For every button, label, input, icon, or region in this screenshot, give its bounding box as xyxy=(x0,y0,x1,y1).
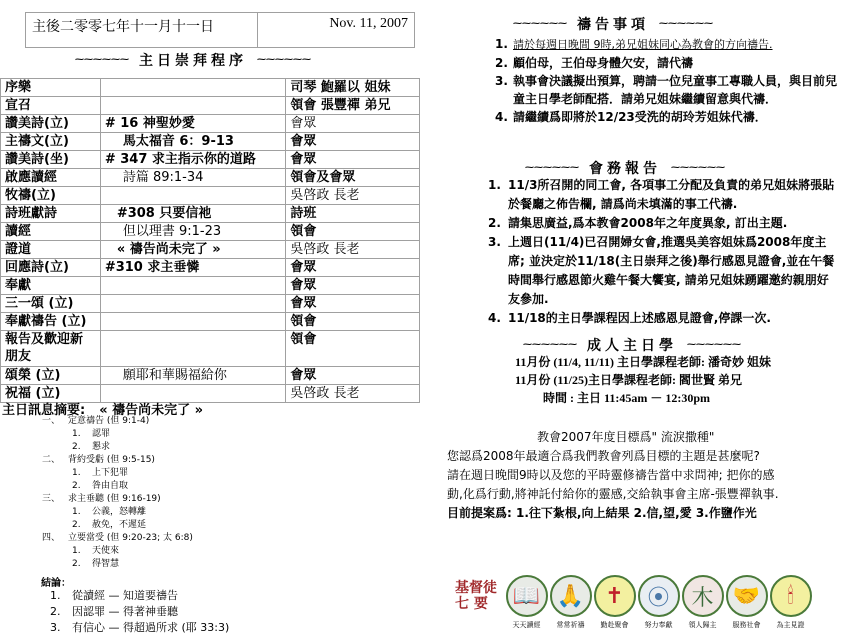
evangelism-icon: 木 xyxy=(682,575,724,617)
row-content xyxy=(100,331,286,367)
point-text: 定意禱告 (但 9:1-4) xyxy=(68,415,149,428)
outline-subpoint: 2.赦免，不遲延 xyxy=(0,519,300,532)
item-number: 2. xyxy=(488,214,501,233)
sub-number: 2. xyxy=(72,441,81,454)
row-leader: 司琴 鮑羅以 姐妹 xyxy=(286,79,420,97)
sermon-outline: 一、定意禱告 (但 9:1-4) 1.認罪 2.懇求 二、背約受虧 (但 9:5… xyxy=(0,415,300,571)
outline-subpoint: 2.懇求 xyxy=(0,441,300,454)
point-number: 三、 xyxy=(42,493,60,506)
prayer-items-title: ⁓⁓⁓⁓⁓⁓ 禱告事項 ⁓⁓⁓⁓⁓⁓ xyxy=(513,14,713,34)
item-text: 執事會決議擬出預算，聘請一位兒童事工專職人員，與目前兒童主日學老師配搭．請弟兄姐… xyxy=(513,74,837,106)
prayer-item: 1.請於每週日晚間 9時,弟兄姐妹同心為教會的方向禱告. xyxy=(495,35,840,54)
church-report-title: ⁓⁓⁓⁓⁓⁓ 會務報告 ⁓⁓⁓⁓⁓⁓ xyxy=(525,158,725,178)
label-line: 七 要 xyxy=(455,596,501,612)
table-row: 讀經但以理書 9:1-23領會 xyxy=(1,223,420,241)
gathering-icon: ✝ xyxy=(594,575,636,617)
sub-number: 1. xyxy=(72,506,81,519)
outline-subpoint: 1.天使來 xyxy=(0,545,300,558)
essential-caption: 天天讀經 xyxy=(513,620,541,630)
item-number: 3. xyxy=(488,233,501,252)
row-item: 宣召 xyxy=(1,97,101,115)
item-text: 11/18的主日學課程因上述感恩見證會,停課一次. xyxy=(508,311,771,325)
order-of-service-title: ⁓⁓⁓⁓⁓⁓ 主日崇拜程序 ⁓⁓⁓⁓⁓⁓ xyxy=(75,50,311,70)
seven-essentials-icons: 📖 天天讀經 🙏 常常祈禱 ✝ 勤赴聚會 ⦿ 努力奉獻 木 領人歸主 🤝 服務社… xyxy=(505,575,812,630)
row-item: 序樂 xyxy=(1,79,101,97)
row-item: 證道 xyxy=(1,241,101,259)
row-content: 願耶和華賜福給你 xyxy=(100,367,286,385)
table-row: 宣召領會 張豐禪 弟兄 xyxy=(1,97,420,115)
item-text: 顧伯母，王伯母身體欠安，請代禱 xyxy=(513,56,693,70)
point-number: 一、 xyxy=(42,415,60,428)
item-number: 1. xyxy=(488,176,501,195)
goal-question: 您認爲2008年最適合爲我們教會列爲目標的主題是甚麼呢? xyxy=(447,447,842,466)
order-of-service-table: 序樂司琴 鮑羅以 姐妹 宣召領會 張豐禪 弟兄 讚美詩(立)# 16 神聖妙愛會… xyxy=(0,78,420,403)
ss-time: 時間 : 主日 11:45am － 12:30pm xyxy=(515,389,771,407)
row-content: « 禱告尚未完了 » xyxy=(100,241,286,259)
table-row: 報告及歡迎新朋友領會 xyxy=(1,331,420,367)
item-text: 請於每週日晚間 9時,弟兄姐妹同心為教會的方向禱告. xyxy=(513,38,773,51)
row-item: 主禱文(立) xyxy=(1,133,101,151)
essential-item: 🕯 為主見證 xyxy=(769,575,812,630)
outline-point: 一、定意禱告 (但 9:1-4) xyxy=(0,415,300,428)
sub-text: 公義，怒轉離 xyxy=(92,506,146,519)
sub-number: 1. xyxy=(72,428,81,441)
goal-proposals: 目前提案爲: 1.往下紮根,向上結果 2.信,望,愛 3.作鹽作光 xyxy=(447,504,842,523)
outline-subpoint: 1.上下犯罪 xyxy=(0,467,300,480)
table-row: 奉獻禱告 (立)領會 xyxy=(1,313,420,331)
ornament-right-icon: ⁓⁓⁓⁓⁓⁓ xyxy=(671,163,725,173)
row-content: # 16 神聖妙愛 xyxy=(100,115,286,133)
date-header: 主後二零零七年十一月十一日 Nov. 11, 2007 xyxy=(25,12,415,48)
row-item: 牧禱(立) xyxy=(1,187,101,205)
essential-item: 🤝 服務社會 xyxy=(725,575,768,630)
row-item: 三一頌 (立) xyxy=(1,295,101,313)
ornament-left-icon: ⁓⁓⁓⁓⁓⁓ xyxy=(513,19,567,29)
point-text: 求主垂聽 (但 9:16-19) xyxy=(68,493,161,506)
ornament-right-icon: ⁓⁓⁓⁓⁓⁓ xyxy=(257,55,311,65)
goal-body-line: 請在週日晚間9時以及您的平時靈修禱告當中求問神; 把你的感 xyxy=(447,466,842,485)
row-item: 詩班獻詩 xyxy=(1,205,101,223)
row-leader: 詩班 xyxy=(286,205,420,223)
goal-heading: 教會2007年度目標爲" 流淚撒種" xyxy=(447,428,842,447)
item-text: 請繼續爲即將於12/23受洗的胡玲芳姐妹代禱． xyxy=(513,110,767,124)
sub-text: 赦免，不遲延 xyxy=(92,519,146,532)
annual-goal: 教會2007年度目標爲" 流淚撒種" 您認爲2008年最適合爲我們教會列爲目標的… xyxy=(447,428,842,523)
sub-number: 2. xyxy=(72,480,81,493)
outline-subpoint: 2.咎由自取 xyxy=(0,480,300,493)
prayer-item: 2.顧伯母，王伯母身體欠安，請代禱 xyxy=(495,54,840,72)
row-item: 讚美詩(立) xyxy=(1,115,101,133)
ss-title-text: 成人主日學 xyxy=(587,335,677,355)
prayer-item: 3.執事會決議擬出預算，聘請一位兒童事工專職人員，與目前兒童主日學老師配搭．請弟… xyxy=(495,72,840,108)
row-item: 奉獻禱告 (立) xyxy=(1,313,101,331)
conclusion-text: 有信心 — 得超過所求 (耶 33:3) xyxy=(72,620,229,636)
point-text: 背約受虧 (但 9:5-15) xyxy=(68,454,155,467)
conclusion-number: 2. xyxy=(50,604,61,620)
item-number: 3. xyxy=(495,72,508,90)
item-number: 2. xyxy=(495,54,508,72)
table-row: 詩班獻詩#308 只要信祂詩班 xyxy=(1,205,420,223)
conclusion-label: 結論： xyxy=(41,574,71,589)
sub-text: 咎由自取 xyxy=(92,480,128,493)
table-row: 牧禱(立)吳啓政 長老 xyxy=(1,187,420,205)
table-row: 主禱文(立)馬太福音 6：9-13會眾 xyxy=(1,133,420,151)
ornament-left-icon: ⁓⁓⁓⁓⁓⁓ xyxy=(75,55,129,65)
prayer-title-text: 禱告事項 xyxy=(577,14,649,34)
essential-item: 木 領人歸主 xyxy=(681,575,724,630)
row-item: 讚美詩(坐) xyxy=(1,151,101,169)
adult-sunday-school-info: 11月份 (11/4, 11/11) 主日學課程老師: 潘奇妙 姐妹 11月份 … xyxy=(515,353,771,407)
point-number: 二、 xyxy=(42,454,60,467)
row-content xyxy=(100,97,286,115)
table-row: 三一頌 (立)會眾 xyxy=(1,295,420,313)
sub-number: 1. xyxy=(72,545,81,558)
row-leader: 吳啓政 長老 xyxy=(286,385,420,403)
table-row: 頌榮 (立)願耶和華賜福給你會眾 xyxy=(1,367,420,385)
row-leader: 領會 xyxy=(286,313,420,331)
row-content: # 347 求主指示你的道路 xyxy=(100,151,286,169)
outline-point: 二、背約受虧 (但 9:5-15) xyxy=(0,454,300,467)
candle-witness-icon: 🕯 xyxy=(770,575,812,617)
row-content xyxy=(100,187,286,205)
reading-bible-icon: 📖 xyxy=(506,575,548,617)
conclusion-text: 從讀經 — 知道要禱告 xyxy=(72,588,178,604)
essential-caption: 為主見證 xyxy=(777,620,805,630)
row-leader: 會眾 xyxy=(286,115,420,133)
outline-point: 四、立要當受 (但 9:20-23; 太 6:8) xyxy=(0,532,300,545)
essential-caption: 常常祈禱 xyxy=(557,620,585,630)
report-title-text: 會務報告 xyxy=(589,158,661,178)
order-title-text: 主日崇拜程序 xyxy=(139,50,247,70)
essential-caption: 領人歸主 xyxy=(689,620,717,630)
sub-text: 得智慧 xyxy=(92,558,119,571)
table-row: 序樂司琴 鮑羅以 姐妹 xyxy=(1,79,420,97)
row-content xyxy=(100,277,286,295)
row-item: 啟應讀經 xyxy=(1,169,101,187)
row-content xyxy=(100,295,286,313)
ornament-right-icon: ⁓⁓⁓⁓⁓⁓ xyxy=(659,19,713,29)
row-content xyxy=(100,79,286,97)
essential-item: 📖 天天讀經 xyxy=(505,575,548,630)
row-leader: 會眾 xyxy=(286,295,420,313)
row-content: #310 求主垂憐 xyxy=(100,259,286,277)
row-content: 但以理書 9:1-23 xyxy=(100,223,286,241)
row-leader: 會眾 xyxy=(286,133,420,151)
ornament-left-icon: ⁓⁓⁓⁓⁓⁓ xyxy=(525,163,579,173)
goal-body-line: 動,化爲行動,將神託付給你的靈感,交給執事會主席-張豐禪執事. xyxy=(447,485,842,504)
sub-number: 2. xyxy=(72,558,81,571)
item-number: 1. xyxy=(495,35,508,53)
sub-number: 2. xyxy=(72,519,81,532)
row-leader: 領會 xyxy=(286,223,420,241)
row-item: 奉獻 xyxy=(1,277,101,295)
essential-item: ⦿ 努力奉獻 xyxy=(637,575,680,630)
row-item: 頌榮 (立) xyxy=(1,367,101,385)
item-text: 請集思廣益,爲本教會2008年之年度異象, 訂出主題. xyxy=(508,216,787,230)
conclusion-number: 3. xyxy=(50,620,61,636)
sub-text: 天使來 xyxy=(92,545,119,558)
essential-caption: 努力奉獻 xyxy=(645,620,673,630)
row-leader: 會眾 xyxy=(286,151,420,169)
report-item: 2.請集思廣益,爲本教會2008年之年度異象, 訂出主題. xyxy=(488,214,838,233)
essential-caption: 服務社會 xyxy=(733,620,761,630)
row-leader: 會眾 xyxy=(286,367,420,385)
label-line: 基督徒 xyxy=(455,580,501,596)
table-row: 讚美詩(坐)# 347 求主指示你的道路會眾 xyxy=(1,151,420,169)
outline-subpoint: 1.認罪 xyxy=(0,428,300,441)
sub-number: 1. xyxy=(72,467,81,480)
ornament-left-icon: ⁓⁓⁓⁓⁓⁓ xyxy=(523,340,577,350)
report-item: 4.11/18的主日學課程因上述感恩見證會,停課一次. xyxy=(488,309,838,328)
row-leader: 會眾 xyxy=(286,277,420,295)
row-leader: 領會 張豐禪 弟兄 xyxy=(286,97,420,115)
table-row: 啟應讀經詩篇 89:1-34領會及會眾 xyxy=(1,169,420,187)
report-item: 1.11/3所召開的同工會, 各項事工分配及負責的弟兄姐妹將張貼於餐廳之佈告欄,… xyxy=(488,176,838,214)
row-leader: 吳啓政 長老 xyxy=(286,187,420,205)
row-item: 讀經 xyxy=(1,223,101,241)
table-row: 讚美詩(立)# 16 神聖妙愛會眾 xyxy=(1,115,420,133)
table-row: 回應詩(立)#310 求主垂憐會眾 xyxy=(1,259,420,277)
point-text: 立要當受 (但 9:20-23; 太 6:8) xyxy=(68,532,193,545)
sub-text: 上下犯罪 xyxy=(92,467,128,480)
outline-subpoint: 2.得智慧 xyxy=(0,558,300,571)
date-chinese: 主後二零零七年十一月十一日 xyxy=(26,13,258,47)
conclusion-number: 1. xyxy=(50,588,61,604)
item-text: 上週日(11/4)已召開婦女會,推選吳美容姐妹爲2008年度主席; 並決定於11… xyxy=(508,235,834,306)
table-row: 奉獻會眾 xyxy=(1,277,420,295)
ornament-right-icon: ⁓⁓⁓⁓⁓⁓ xyxy=(687,340,741,350)
ss-teacher-line: 11月份 (11/4, 11/11) 主日學課程老師: 潘奇妙 姐妹 xyxy=(515,353,771,371)
row-content xyxy=(100,313,286,331)
essential-item: 🙏 常常祈禱 xyxy=(549,575,592,630)
essential-caption: 勤赴聚會 xyxy=(601,620,629,630)
adult-sunday-school-title: ⁓⁓⁓⁓⁓⁓ 成人主日學 ⁓⁓⁓⁓⁓⁓ xyxy=(523,335,741,355)
seven-essentials-label: 基督徒 七 要 xyxy=(455,580,501,612)
point-number: 四、 xyxy=(42,532,60,545)
prayer-item: 4.請繼續爲即將於12/23受洗的胡玲芳姐妹代禱． xyxy=(495,108,840,126)
church-report-list: 1.11/3所召開的同工會, 各項事工分配及負責的弟兄姐妹將張貼於餐廳之佈告欄,… xyxy=(488,176,838,328)
item-number: 4. xyxy=(495,108,508,126)
essential-item: ✝ 勤赴聚會 xyxy=(593,575,636,630)
row-content: #308 只要信祂 xyxy=(100,205,286,223)
row-leader: 吳啓政 長老 xyxy=(286,241,420,259)
row-leader: 會眾 xyxy=(286,259,420,277)
ss-teacher-line: 11月份 (11/25)主日學課程老師: 閻世賢 弟兄 xyxy=(515,371,771,389)
row-leader: 領會及會眾 xyxy=(286,169,420,187)
row-item: 報告及歡迎新朋友 xyxy=(1,331,101,367)
item-number: 4. xyxy=(488,309,501,328)
outline-subpoint: 1.公義，怒轉離 xyxy=(0,506,300,519)
row-content: 馬太福音 6：9-13 xyxy=(100,133,286,151)
outline-point: 三、求主垂聽 (但 9:16-19) xyxy=(0,493,300,506)
praying-icon: 🙏 xyxy=(550,575,592,617)
sub-text: 懇求 xyxy=(92,441,110,454)
row-content: 詩篇 89:1-34 xyxy=(100,169,286,187)
offering-fish-icon: ⦿ xyxy=(638,575,680,617)
row-item: 回應詩(立) xyxy=(1,259,101,277)
table-row: 證道« 禱告尚未完了 »吳啓政 長老 xyxy=(1,241,420,259)
prayer-items-list: 1.請於每週日晚間 9時,弟兄姐妹同心為教會的方向禱告. 2.顧伯母，王伯母身體… xyxy=(495,35,840,126)
serving-hands-icon: 🤝 xyxy=(726,575,768,617)
report-item: 3.上週日(11/4)已召開婦女會,推選吳美容姐妹爲2008年度主席; 並決定於… xyxy=(488,233,838,309)
date-english: Nov. 11, 2007 xyxy=(258,13,414,47)
item-text: 11/3所召開的同工會, 各項事工分配及負責的弟兄姐妹將張貼於餐廳之佈告欄, 請… xyxy=(508,178,834,211)
row-leader: 領會 xyxy=(286,331,420,367)
conclusion-text: 因認罪 — 得著神垂聽 xyxy=(72,604,178,620)
sub-text: 認罪 xyxy=(92,428,110,441)
